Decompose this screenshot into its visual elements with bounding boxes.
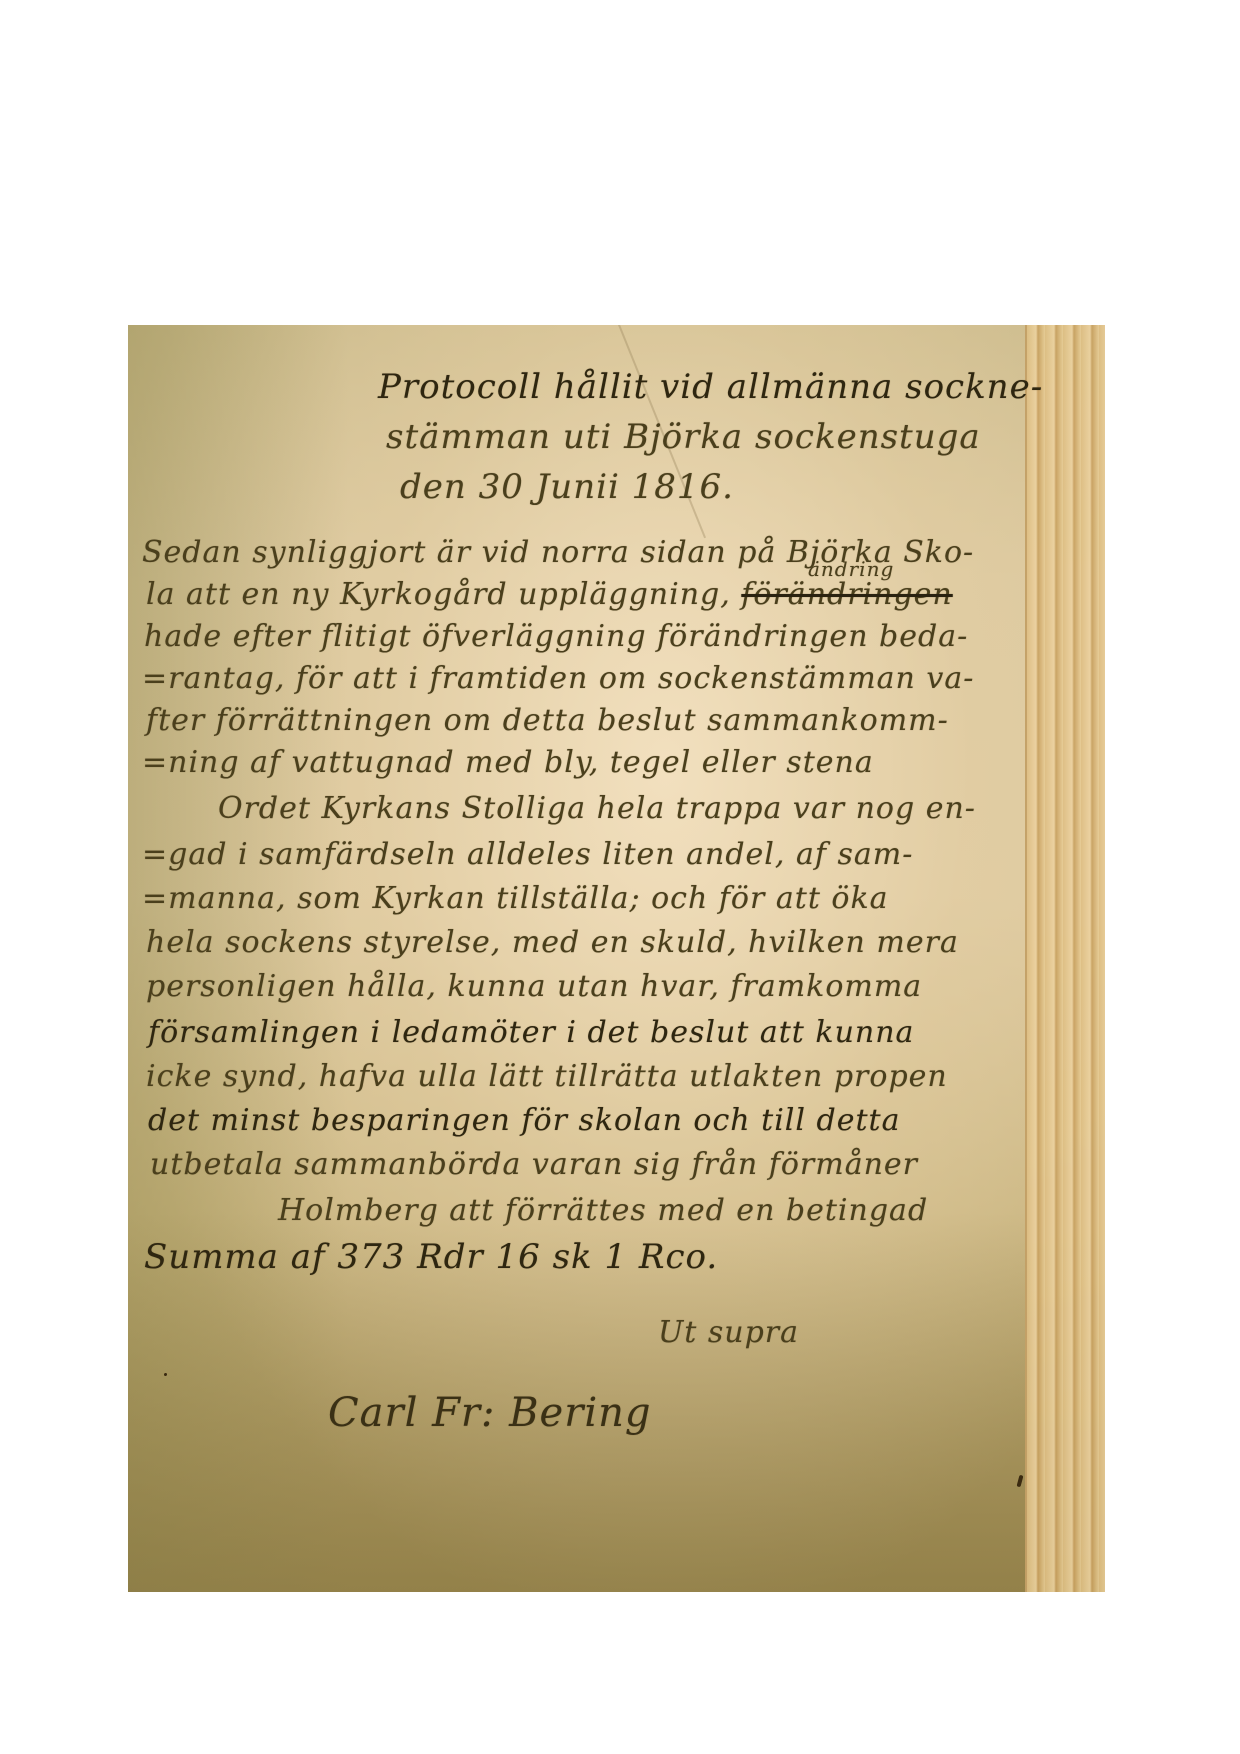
body-line-3: hade efter flitigt öfverläggning förändr…	[144, 619, 968, 654]
struck-word: förändringen	[741, 577, 952, 612]
body-line-2-text: la att en ny Kyrkogård uppläggning,	[146, 577, 741, 612]
body-line-7: Ordet Kyrkans Stolliga hela trappa var n…	[218, 791, 976, 826]
body-line-14: det minst besparingen för skolan och til…	[148, 1103, 900, 1138]
body-line-11: personligen hålla, kunna utan hvar, fram…	[146, 969, 922, 1004]
closing-ut-supra: Ut supra	[658, 1315, 799, 1350]
signature: Carl Fr: Bering	[328, 1390, 652, 1436]
manuscript-photo: Protocoll hållit vid allmänna sockne- st…	[128, 325, 1105, 1592]
body-line-13: icke synd, hafva ulla lätt tillrätta utl…	[146, 1059, 948, 1094]
body-line-2: la att en ny Kyrkogård uppläggning, förä…	[146, 577, 953, 612]
body-line-4: =rantag, för att i framtiden om sockenst…	[142, 661, 974, 696]
body-line-12: församlingen i ledamöter i det beslut at…	[148, 1015, 914, 1050]
page-edges-stack	[1025, 325, 1105, 1592]
ink-dot	[164, 1373, 168, 1377]
body-line-10: hela sockens styrelse, med en skuld, hvi…	[146, 925, 959, 960]
ink-mark	[1017, 1475, 1024, 1488]
body-line-15: utbetala sammanbörda varan sig från förm…	[150, 1147, 918, 1182]
body-line-16: Holmberg att förrättes med en betingad	[278, 1193, 928, 1228]
sum-line: Summa af 373 Rdr 16 sk 1 Rco.	[144, 1237, 718, 1277]
heading-line-2: stämman uti Björka sockenstuga	[386, 417, 981, 457]
body-line-6: =ning af vattugnad med bly, tegel eller …	[142, 745, 874, 780]
heading-line-3: den 30 Junii 1816.	[400, 467, 734, 507]
body-line-8: =gad i samfärdseln alldeles liten andel,…	[142, 837, 913, 872]
heading-line-1: Protocoll hållit vid allmänna sockne-	[378, 367, 1043, 407]
body-line-5: fter förrättningen om detta beslut samma…	[146, 703, 949, 738]
body-line-9: =manna, som Kyrkan tillställa; och för a…	[142, 881, 889, 916]
